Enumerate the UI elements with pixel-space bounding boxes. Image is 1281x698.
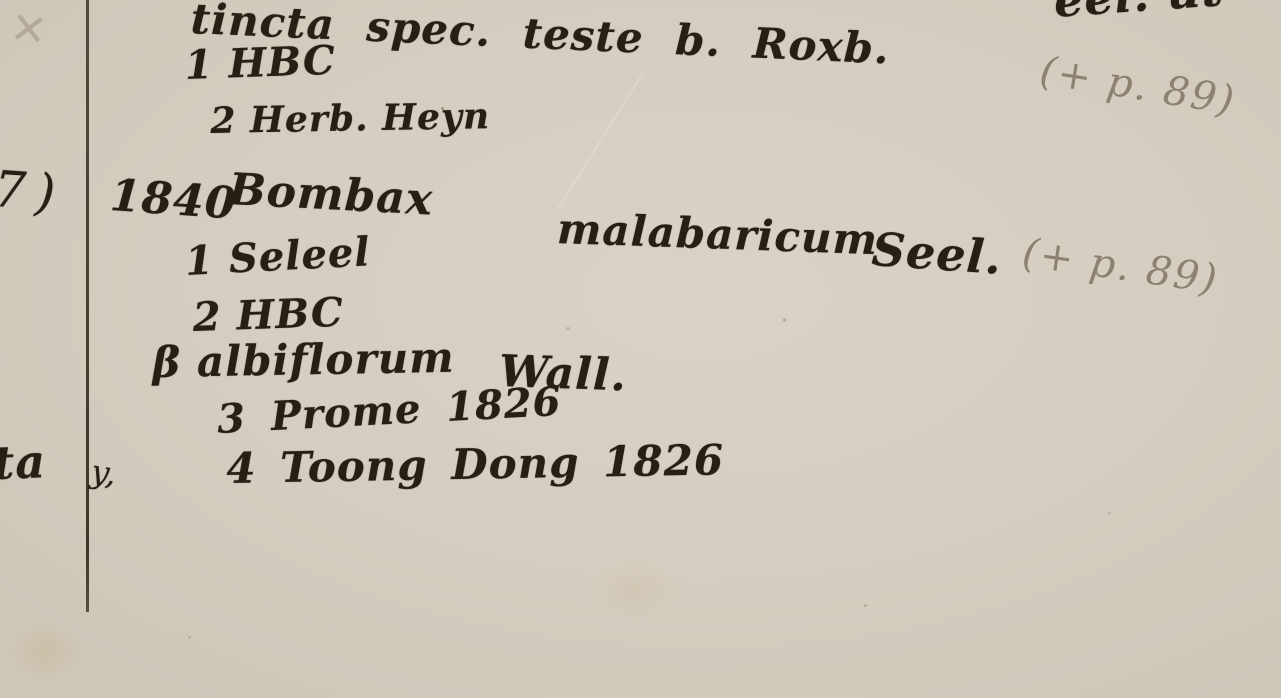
paper-speck [441,107,444,110]
manuscript-corner-fragment: eel. ut [1052,0,1225,28]
paper-speck [864,604,867,607]
paper-crease [558,72,644,209]
margin-flourish-mark: y, [89,452,120,493]
entry-variety: β albiflorum [152,333,455,387]
manuscript-page: ✕ 7) tincta spec. teste b. Roxb. eel. ut… [0,0,1281,698]
pencil-page-ref-entry: (+ p. 89) [1020,230,1222,303]
manuscript-line-locality: 3 Prome 1826 [216,378,563,443]
paper-stain [10,624,80,679]
margin-word-fragment: ta [0,434,47,490]
margin-number-fragment: 7) [0,160,67,223]
paper-stain [590,560,680,620]
paper-speck [783,318,786,322]
margin-rule-line [86,0,89,612]
entry-epithet: malabaricum [556,204,879,264]
entry-year: 1840 [108,170,238,230]
pencil-x-mark: ✕ [7,2,53,58]
manuscript-line-specimen: 2 HBC [192,289,344,341]
pencil-page-ref-top: (+ p. 89) [1037,48,1239,124]
entry-author: Seel. [870,222,1004,285]
manuscript-line-specimen: 1 HBC [184,37,336,89]
paper-speck [1108,512,1111,515]
manuscript-line-specimen: 1 Seleel [184,228,372,285]
paper-speck [188,636,191,639]
manuscript-line-specimen: 2 Herb. Heyn [210,95,490,142]
paper-speck [566,327,570,330]
entry-genus: Bombax [227,164,434,226]
manuscript-line-locality: 4 Toong Dong 1826 [226,435,724,493]
